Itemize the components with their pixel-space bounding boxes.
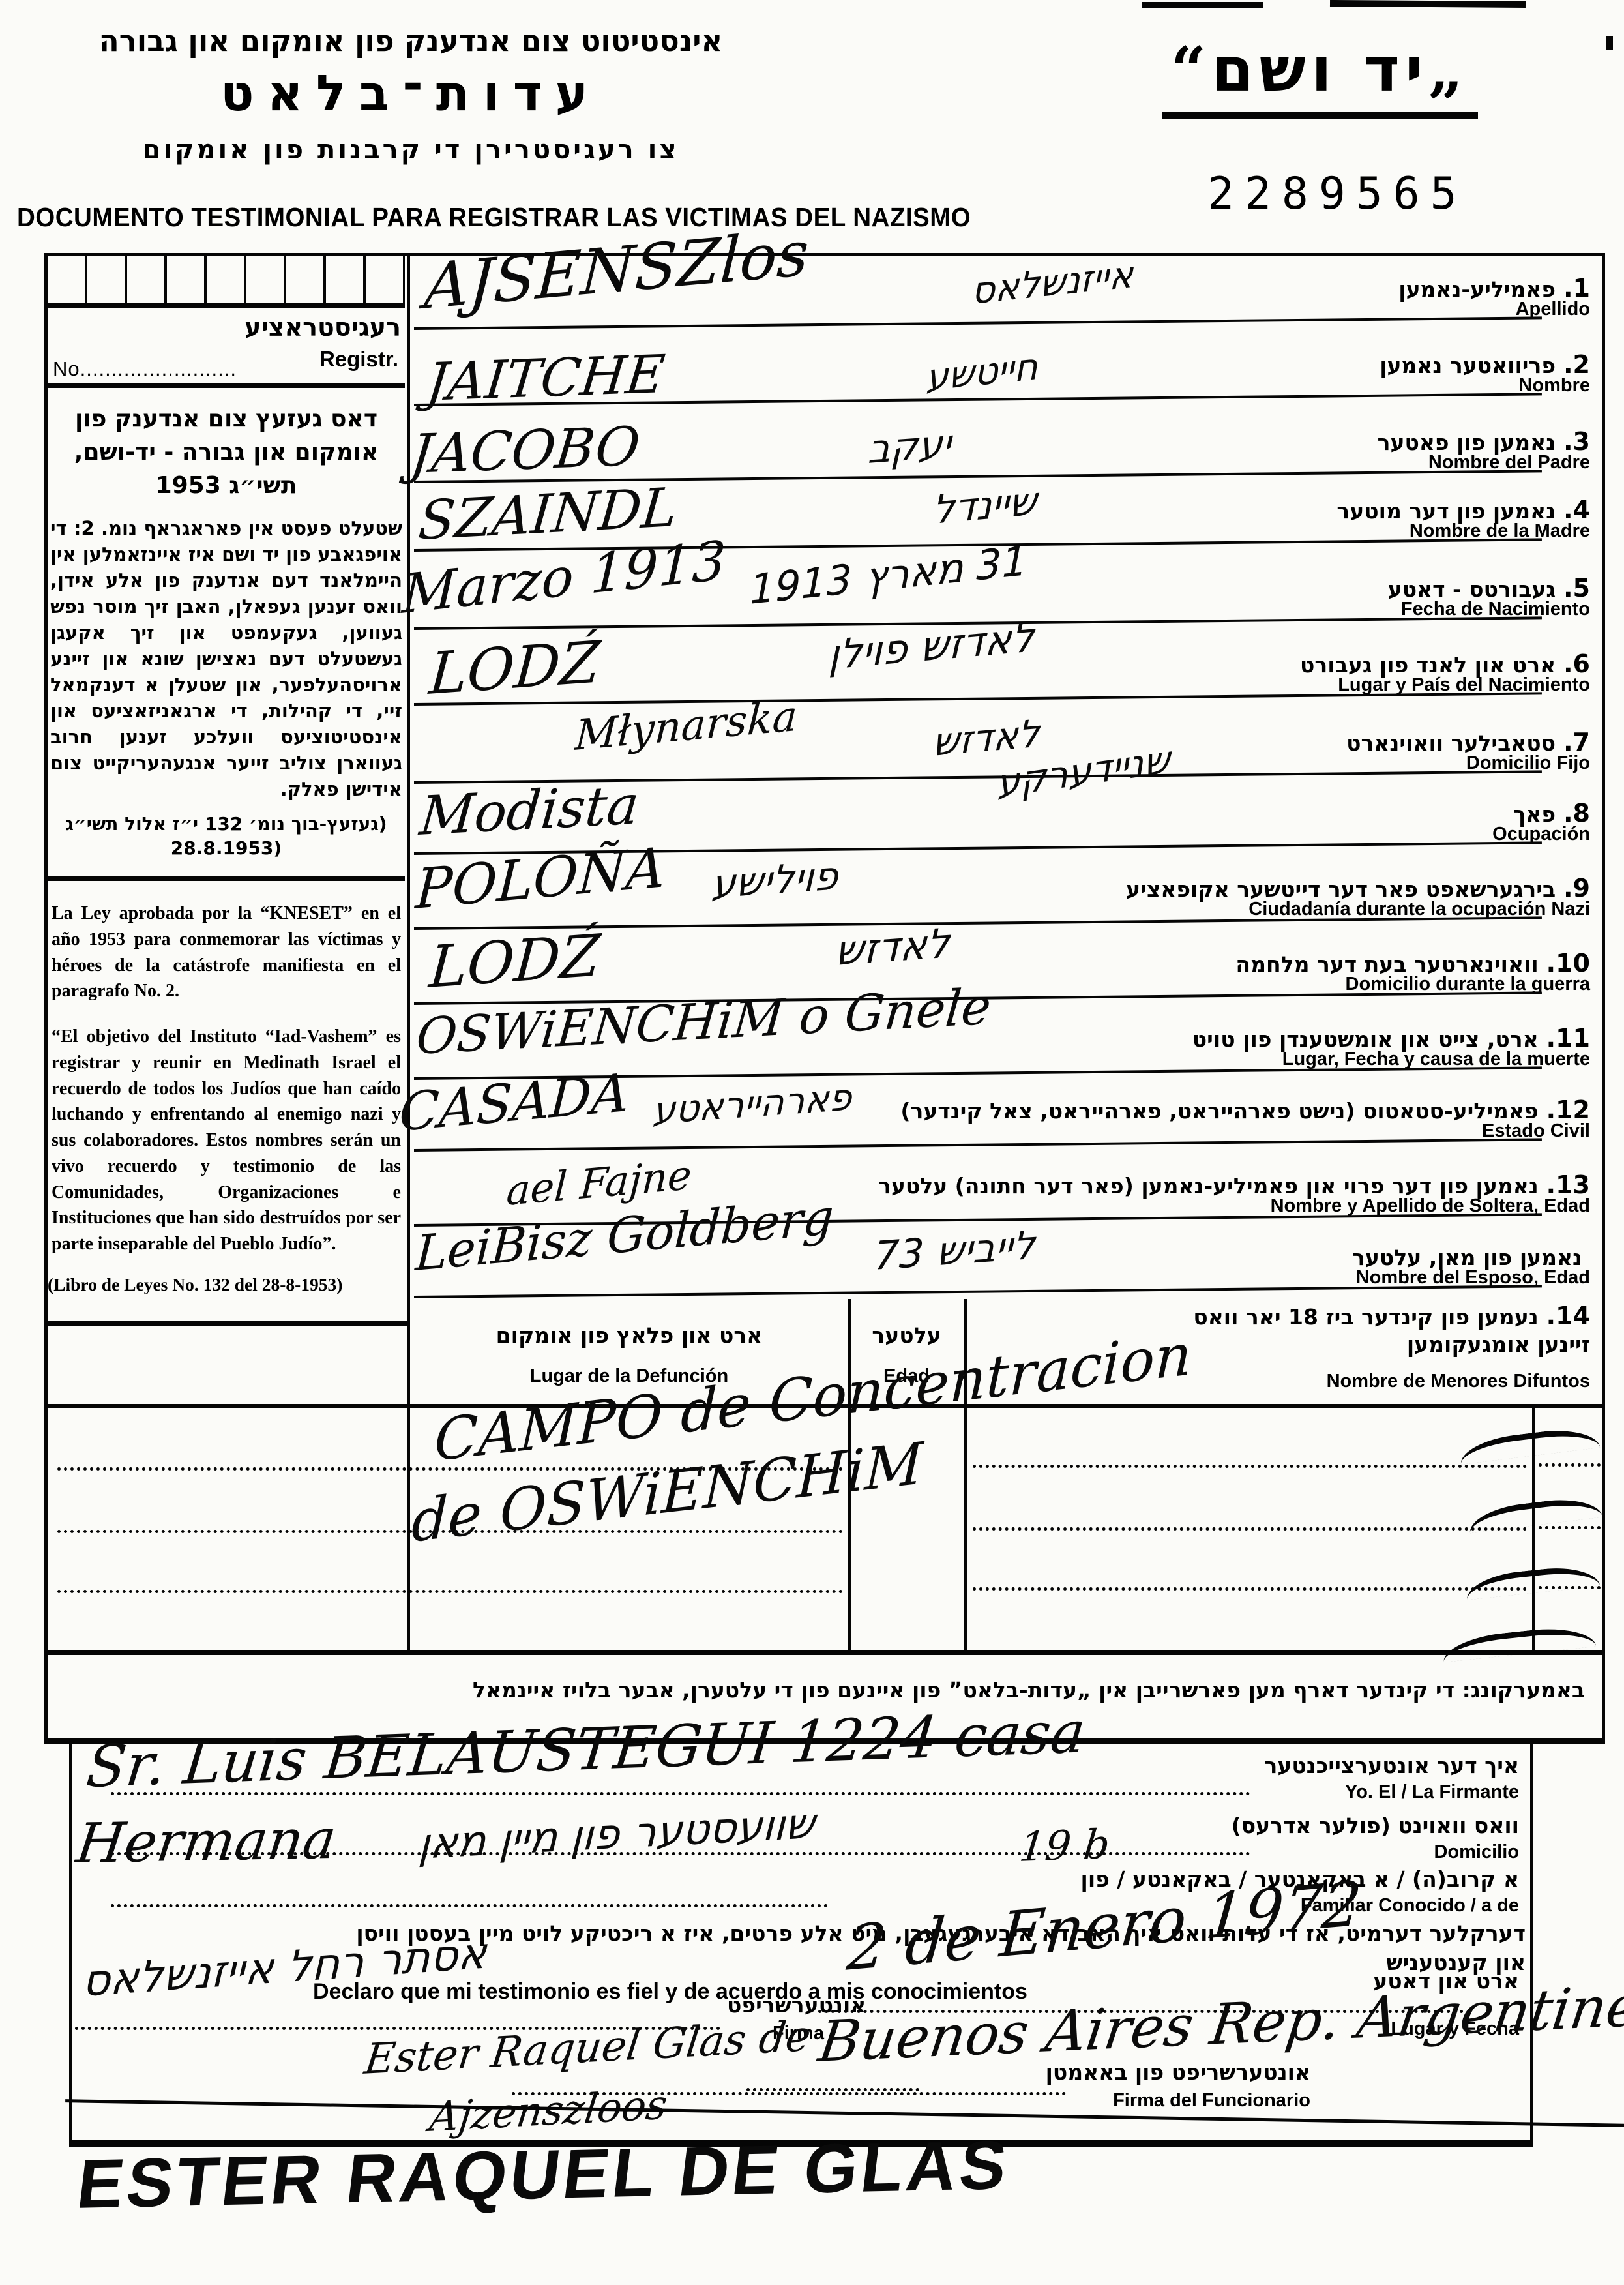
table-dotted-line — [973, 1587, 1527, 1591]
domicilio-label-yi: וואס וואוינט (פולער אדרעס) — [1232, 1813, 1519, 1838]
sidebar-divider — [48, 876, 405, 881]
table-dotted-line — [1539, 1526, 1601, 1529]
registr-no-leader: No......................... — [53, 357, 237, 381]
funcionario-label-yi: אונטערשריפט פון באאמטן — [1046, 2059, 1310, 2085]
registration-number-block: No......................... רעגיסטראציע … — [48, 308, 405, 383]
field-6-handwriting-latin: LODŹ — [427, 628, 602, 708]
field-10-handwriting-yi: לאדזש — [834, 919, 951, 975]
law-body-yi: שטעלט פעסט אין פאראגראף נומ. 2: די אויפג… — [48, 515, 405, 802]
firmante-label-es: Yo. El / La Firmante — [1345, 1782, 1519, 1803]
table-dotted-line — [1539, 1463, 1601, 1467]
scan-noise — [1330, 0, 1526, 8]
sidebar: No......................... רעגיסטראציע … — [48, 256, 405, 1295]
funcionario-label-es: Firma del Funcionario — [1113, 2090, 1310, 2112]
field-3-handwriting-latin: JACOBO — [407, 415, 643, 486]
col-edad-header-yi: עלטער — [853, 1322, 960, 1348]
field-2-handwriting-latin: JAITCHE — [424, 344, 668, 413]
field14-label-yi2: זיינען אומגעקומען — [1407, 1332, 1590, 1357]
domicilio-label-es: Domicilio — [1434, 1842, 1519, 1863]
scan-noise — [1142, 2, 1263, 8]
registr-label-yi: רעגיסטראציע — [244, 313, 401, 342]
table-bottom-border — [48, 1650, 1602, 1655]
law-ref-line: (געזעץ-בוך נומ׳ 132 י״ז אלול תשי״ג — [48, 812, 405, 837]
handwriting-domicilio-latin: Hermana — [73, 1807, 340, 1875]
field14-label-yi: 14.נעמען פון קינדער ביז 18 יאר וואס — [1193, 1302, 1590, 1330]
handwriting-domicilio-tail: 19 b — [1017, 1820, 1112, 1871]
law-ref-line: (28.8.1953 — [48, 836, 405, 861]
header-register-line: צו רעגיסטרירן די קרבנות פון אומקום — [85, 134, 737, 165]
field-10-handwriting-latin: LODŹ — [427, 921, 602, 1001]
field14-label-text: נעמען פון קינדער ביז 18 יאר וואס — [1193, 1304, 1538, 1330]
document-title-es: DOCUMENTO TESTIMONIAL PARA REGISTRAR LAS… — [17, 202, 971, 233]
table-dotted-line — [973, 1527, 1527, 1531]
header-edut-blat: עדות־בלאט — [85, 64, 737, 122]
field-3-handwriting-yi: יעקב — [867, 421, 952, 473]
col-lugar-header-yi: ארט און פלאץ פון אומקום — [417, 1322, 841, 1348]
remark-note: באמערקונג: די קינדער דארף מען פארשרייבן … — [473, 1677, 1585, 1703]
registr-label-es: Registr. — [319, 347, 398, 372]
law-ref-yi: (געזעץ-בוך נומ׳ 132 י״ז אלול תשי״ג (28.8… — [48, 812, 405, 861]
document-number: 2289565 — [1207, 168, 1468, 220]
law-title-line: דאס געזעץ צום אנדענק פון — [48, 402, 405, 436]
funcionario-line — [746, 2088, 919, 2091]
sidebar-bottom-border — [48, 1321, 407, 1326]
field-8-handwriting-latin: Modista — [417, 774, 642, 848]
header-institute-line: אינסטיטוט צום אנדענק פון אומקום און גבור… — [85, 23, 737, 58]
field-4-handwriting-yi: שיינדל — [932, 479, 1037, 533]
field-9-handwriting-yi: פוילישע — [711, 853, 839, 908]
scan-noise — [1606, 36, 1613, 50]
law-text-es-1: La Ley aprobada por la “KNESET” en el añ… — [48, 901, 405, 1004]
law-text-es-2: “El objetivo del Instituto “Iad-Vashem” … — [48, 1024, 405, 1257]
table-dotted-line — [57, 1590, 843, 1593]
field14-number: 14. — [1546, 1302, 1590, 1330]
law-title-yi: דאס געזעץ צום אנדענק פון אומקום און גבור… — [48, 402, 405, 502]
writing-line — [111, 1904, 828, 1907]
declaration-text-es: Declaro que mi testimonio es fiel y de a… — [313, 1979, 1027, 2005]
sidebar-divider — [48, 383, 405, 388]
firmante-label-yi: איך דער אונטערצייכנטער — [1265, 1753, 1519, 1778]
field14-label-es: Nombre de Menores Difuntos — [1327, 1371, 1590, 1392]
field-12-label-text: פאמיליע-סטאטוס (נישט פארהייראט, פארהיירא… — [900, 1098, 1538, 1124]
registration-grid — [48, 256, 405, 308]
testimony-page-scan: אינסטיטוט צום אנדענק פון אומקום און גבור… — [0, 0, 1624, 2285]
yad-vashem-logo: „יד ושם“ — [1162, 34, 1478, 119]
law-title-line: אומקום און גבורה - יד-ושם, — [48, 436, 405, 469]
law-title-line: תשי״ג 1953 — [48, 469, 405, 502]
law-ref-es: (Libro de Leyes No. 132 del 28-8-1953) — [48, 1274, 405, 1295]
table-dotted-line — [973, 1465, 1527, 1468]
